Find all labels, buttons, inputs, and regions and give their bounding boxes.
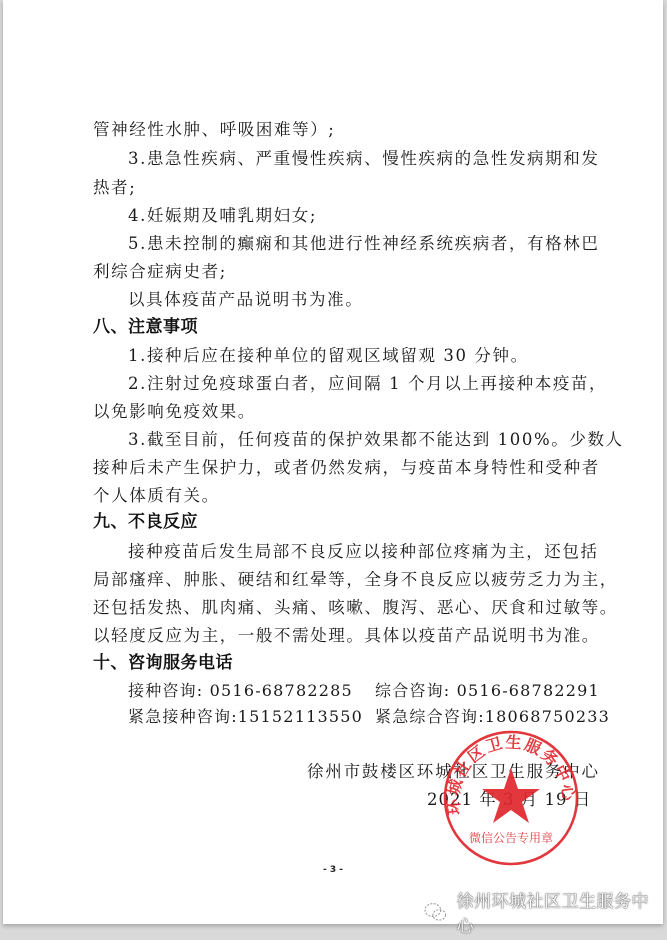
- paragraph-line: 3.截至目前，任何疫苗的保护效果都不能达到 100%。少数人: [128, 430, 624, 450]
- paragraph-line: 管神经性水肿、呼吸困难等）;: [93, 120, 335, 140]
- paragraph-line: 接种疫苗后发生局部不良反应以接种部位疼痛为主，还包括: [128, 542, 599, 562]
- paragraph-line: 接种后未产生保护力，或者仍然发病，与疫苗本身特性和受种者: [93, 458, 600, 478]
- paragraph-line: 个人体质有关。: [93, 486, 220, 506]
- stamp-bottom-text: 微信公告专用章: [469, 830, 553, 845]
- contact-phone: 紧急接种咨询:15152113550: [128, 707, 363, 727]
- paragraph-line: 还包括发热、肌肉痛、头痛、咳嗽、腹泻、恶心、厌食和过敏等。: [93, 598, 618, 618]
- paragraph-line: 4.妊娠期及哺乳期妇女;: [128, 206, 317, 226]
- paragraph-line: 热者;: [93, 178, 136, 198]
- contact-phone: 紧急综合咨询:18068750233: [375, 707, 610, 727]
- section-heading: 九、不良反应: [93, 512, 198, 532]
- paragraph-line: 局部瘙痒、肿胀、硬结和红晕等，全身不良反应以疲劳乏力为主，: [93, 570, 618, 590]
- page-number: - 3 -: [3, 865, 663, 875]
- wechat-watermark: 徐州环城社区卫生服务中心: [423, 898, 663, 926]
- paragraph-line: 以轻度反应为主，一般不需处理。具体以疫苗产品说明书为准。: [93, 626, 600, 646]
- paragraph-line: 以免影响免疫效果。: [93, 402, 256, 422]
- paragraph-line: 3.患急性疾病、严重慢性疾病、慢性疾病的急性发病期和发: [128, 149, 599, 169]
- section-heading: 八、注意事项: [93, 317, 198, 337]
- official-seal-stamp: 环城社区卫生服务中心 微信公告专用章: [441, 728, 581, 868]
- star-icon: [482, 768, 540, 823]
- paragraph-line: 5.患未控制的癫痫和其他进行性神经系统疾病者，有格林巴: [128, 234, 599, 254]
- paragraph-line: 1.接种后应在接种单位的留观区域留观 30 分钟。: [128, 346, 529, 366]
- paragraph-line: 利综合症病史者;: [93, 262, 227, 282]
- wechat-icon: [423, 899, 449, 925]
- contact-phone: 接种咨询: 0516-68782285: [128, 681, 353, 701]
- section-heading: 十、咨询服务电话: [93, 653, 233, 673]
- watermark-text: 徐州环城社区卫生服务中心: [457, 887, 663, 937]
- contact-phone: 综合咨询: 0516-68782291: [375, 681, 600, 701]
- paragraph-line: 2.注射过免疫球蛋白者，应间隔 1 个月以上再接种本疫苗，: [128, 374, 607, 394]
- paragraph-line: 以具体疫苗产品说明书为准。: [128, 290, 363, 310]
- document-page: 管神经性水肿、呼吸困难等）;3.患急性疾病、严重慢性疾病、慢性疾病的急性发病期和…: [3, 0, 663, 924]
